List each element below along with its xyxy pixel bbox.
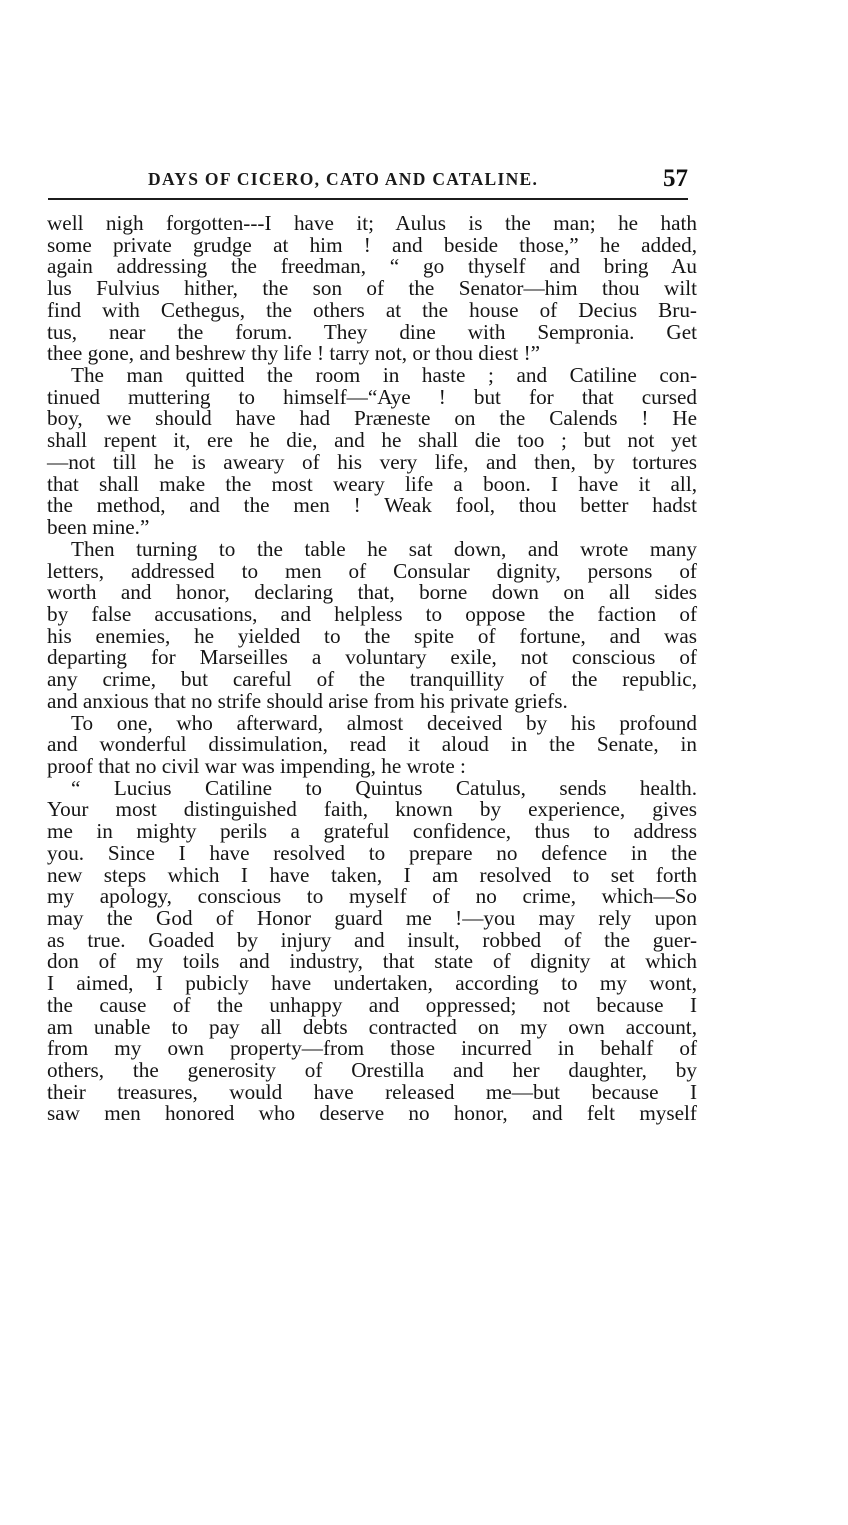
text-line: been mine.” [47, 517, 697, 539]
text-line: tinued muttering to himself—“Aye ! but f… [47, 387, 697, 409]
text-line: his enemies, he yielded to the spite of … [47, 626, 697, 648]
text-line: others, the generosity of Orestilla and … [47, 1060, 697, 1082]
text-line: may the God of Honor guard me !—you may … [47, 908, 697, 930]
text-line: me in mighty perils a grateful confidenc… [47, 821, 697, 843]
text-line: some private grudge at him ! and beside … [47, 235, 697, 257]
text-line: thee gone, and beshrew thy life ! tarry … [47, 343, 697, 365]
text-line: To one, who afterward, almost deceived b… [47, 713, 697, 735]
text-line: letters, addressed to men of Consular di… [47, 561, 697, 583]
text-line: “ Lucius Catiline to Quintus Catulus, se… [47, 778, 697, 800]
book-page: DAYS OF CICERO, CATO AND CATALINE. 57 we… [0, 0, 848, 1525]
text-line: lus Fulvius hither, the son of the Senat… [47, 278, 697, 300]
text-line: the cause of the unhappy and oppressed; … [47, 995, 697, 1017]
text-line: again addressing the freedman, “ go thys… [47, 256, 697, 278]
text-line: worth and honor, declaring that, borne d… [47, 582, 697, 604]
text-line: departing for Marseilles a voluntary exi… [47, 647, 697, 669]
text-line: that shall make the most weary life a bo… [47, 474, 697, 496]
text-line: saw men honored who deserve no honor, an… [47, 1103, 697, 1125]
text-line: from my own property—from those incurred… [47, 1038, 697, 1060]
text-line: as true. Goaded by injury and insult, ro… [47, 930, 697, 952]
text-line: by false accusations, and helpless to op… [47, 604, 697, 626]
text-line: any crime, but careful of the tranquilli… [47, 669, 697, 691]
text-line: their treasures, would have released me—… [47, 1082, 697, 1104]
text-line: find with Cethegus, the others at the ho… [47, 300, 697, 322]
text-line: Then turning to the table he sat down, a… [47, 539, 697, 561]
text-line: and anxious that no strife should arise … [47, 691, 697, 713]
page-number: 57 [663, 165, 688, 193]
text-line: and wonderful dissimulation, read it alo… [47, 734, 697, 756]
text-line: the method, and the men ! Weak fool, tho… [47, 495, 697, 517]
text-line: am unable to pay all debts contracted on… [47, 1017, 697, 1039]
text-line: boy, we should have had Præneste on the … [47, 408, 697, 430]
running-head: DAYS OF CICERO, CATO AND CATALINE. 57 [48, 165, 690, 195]
text-line: my apology, conscious to myself of no cr… [47, 886, 697, 908]
text-line: shall repent it, ere he die, and he shal… [47, 430, 697, 452]
header-rule [48, 198, 688, 200]
text-line: well nigh forgotten---I have it; Aulus i… [47, 213, 697, 235]
text-line: new steps which I have taken, I am resol… [47, 865, 697, 887]
running-title: DAYS OF CICERO, CATO AND CATALINE. [148, 169, 538, 190]
text-line: The man quitted the room in haste ; and … [47, 365, 697, 387]
text-line: Your most distinguished faith, known by … [47, 799, 697, 821]
text-line: —not till he is aweary of his very life,… [47, 452, 697, 474]
text-line: don of my toils and industry, that state… [47, 951, 697, 973]
text-line: I aimed, I pubicly have undertaken, acco… [47, 973, 697, 995]
text-line: tus, near the forum. They dine with Semp… [47, 322, 697, 344]
text-line: you. Since I have resolved to prepare no… [47, 843, 697, 865]
body-text: well nigh forgotten---I have it; Aulus i… [47, 213, 697, 1125]
text-line: proof that no civil war was impending, h… [47, 756, 697, 778]
